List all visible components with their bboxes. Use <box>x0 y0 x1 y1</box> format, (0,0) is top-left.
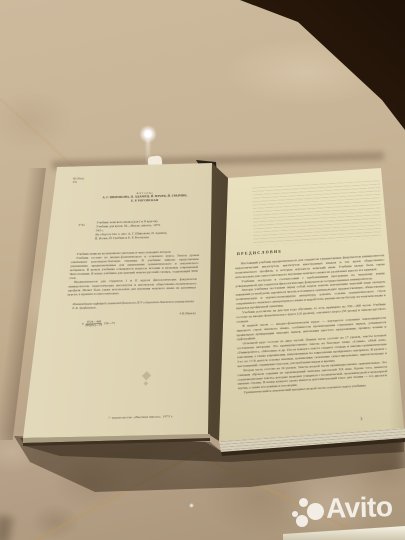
library-stamp: 4И (Чеш)У91 <box>72 176 133 191</box>
preface-text: Настоящий учебник предназначается для ст… <box>235 253 388 422</box>
photo-open-book-on-floor: 4И (Чеш)У91 Авторы: А. Г. ШИРОКОВА, П. А… <box>0 0 405 540</box>
page-number: 3 <box>354 416 368 426</box>
publisher-code-prefix: У <box>82 322 85 326</box>
left-page-content: 4И (Чеш)У91 Авторы: А. Г. ШИРОКОВА, П. А… <box>31 163 213 440</box>
avito-wordmark: Avito <box>326 491 393 525</box>
publisher-emblem-icon: ◆ ◆ <box>135 371 157 390</box>
floor-glare-spot <box>139 125 157 143</box>
showthrough-text-lines <box>252 180 381 245</box>
authors-block: Авторы: А. Г. ШИРОКОВА, П. АДАМЕЦ, Й. ВЛ… <box>75 190 213 215</box>
publisher-code: У0724—469001(01)—73159—73 <box>81 318 192 335</box>
library-stamp-lines: 4И (Чеш)У91 <box>72 176 133 184</box>
publisher-code-suffix: 159—73 <box>103 321 115 325</box>
floor-speck <box>189 503 194 508</box>
right-page-content: ПРЕДИСЛОВИЕ Настоящий учебник предназнач… <box>228 169 394 446</box>
publisher-code-denominator: 001(01)—73 <box>85 323 102 327</box>
